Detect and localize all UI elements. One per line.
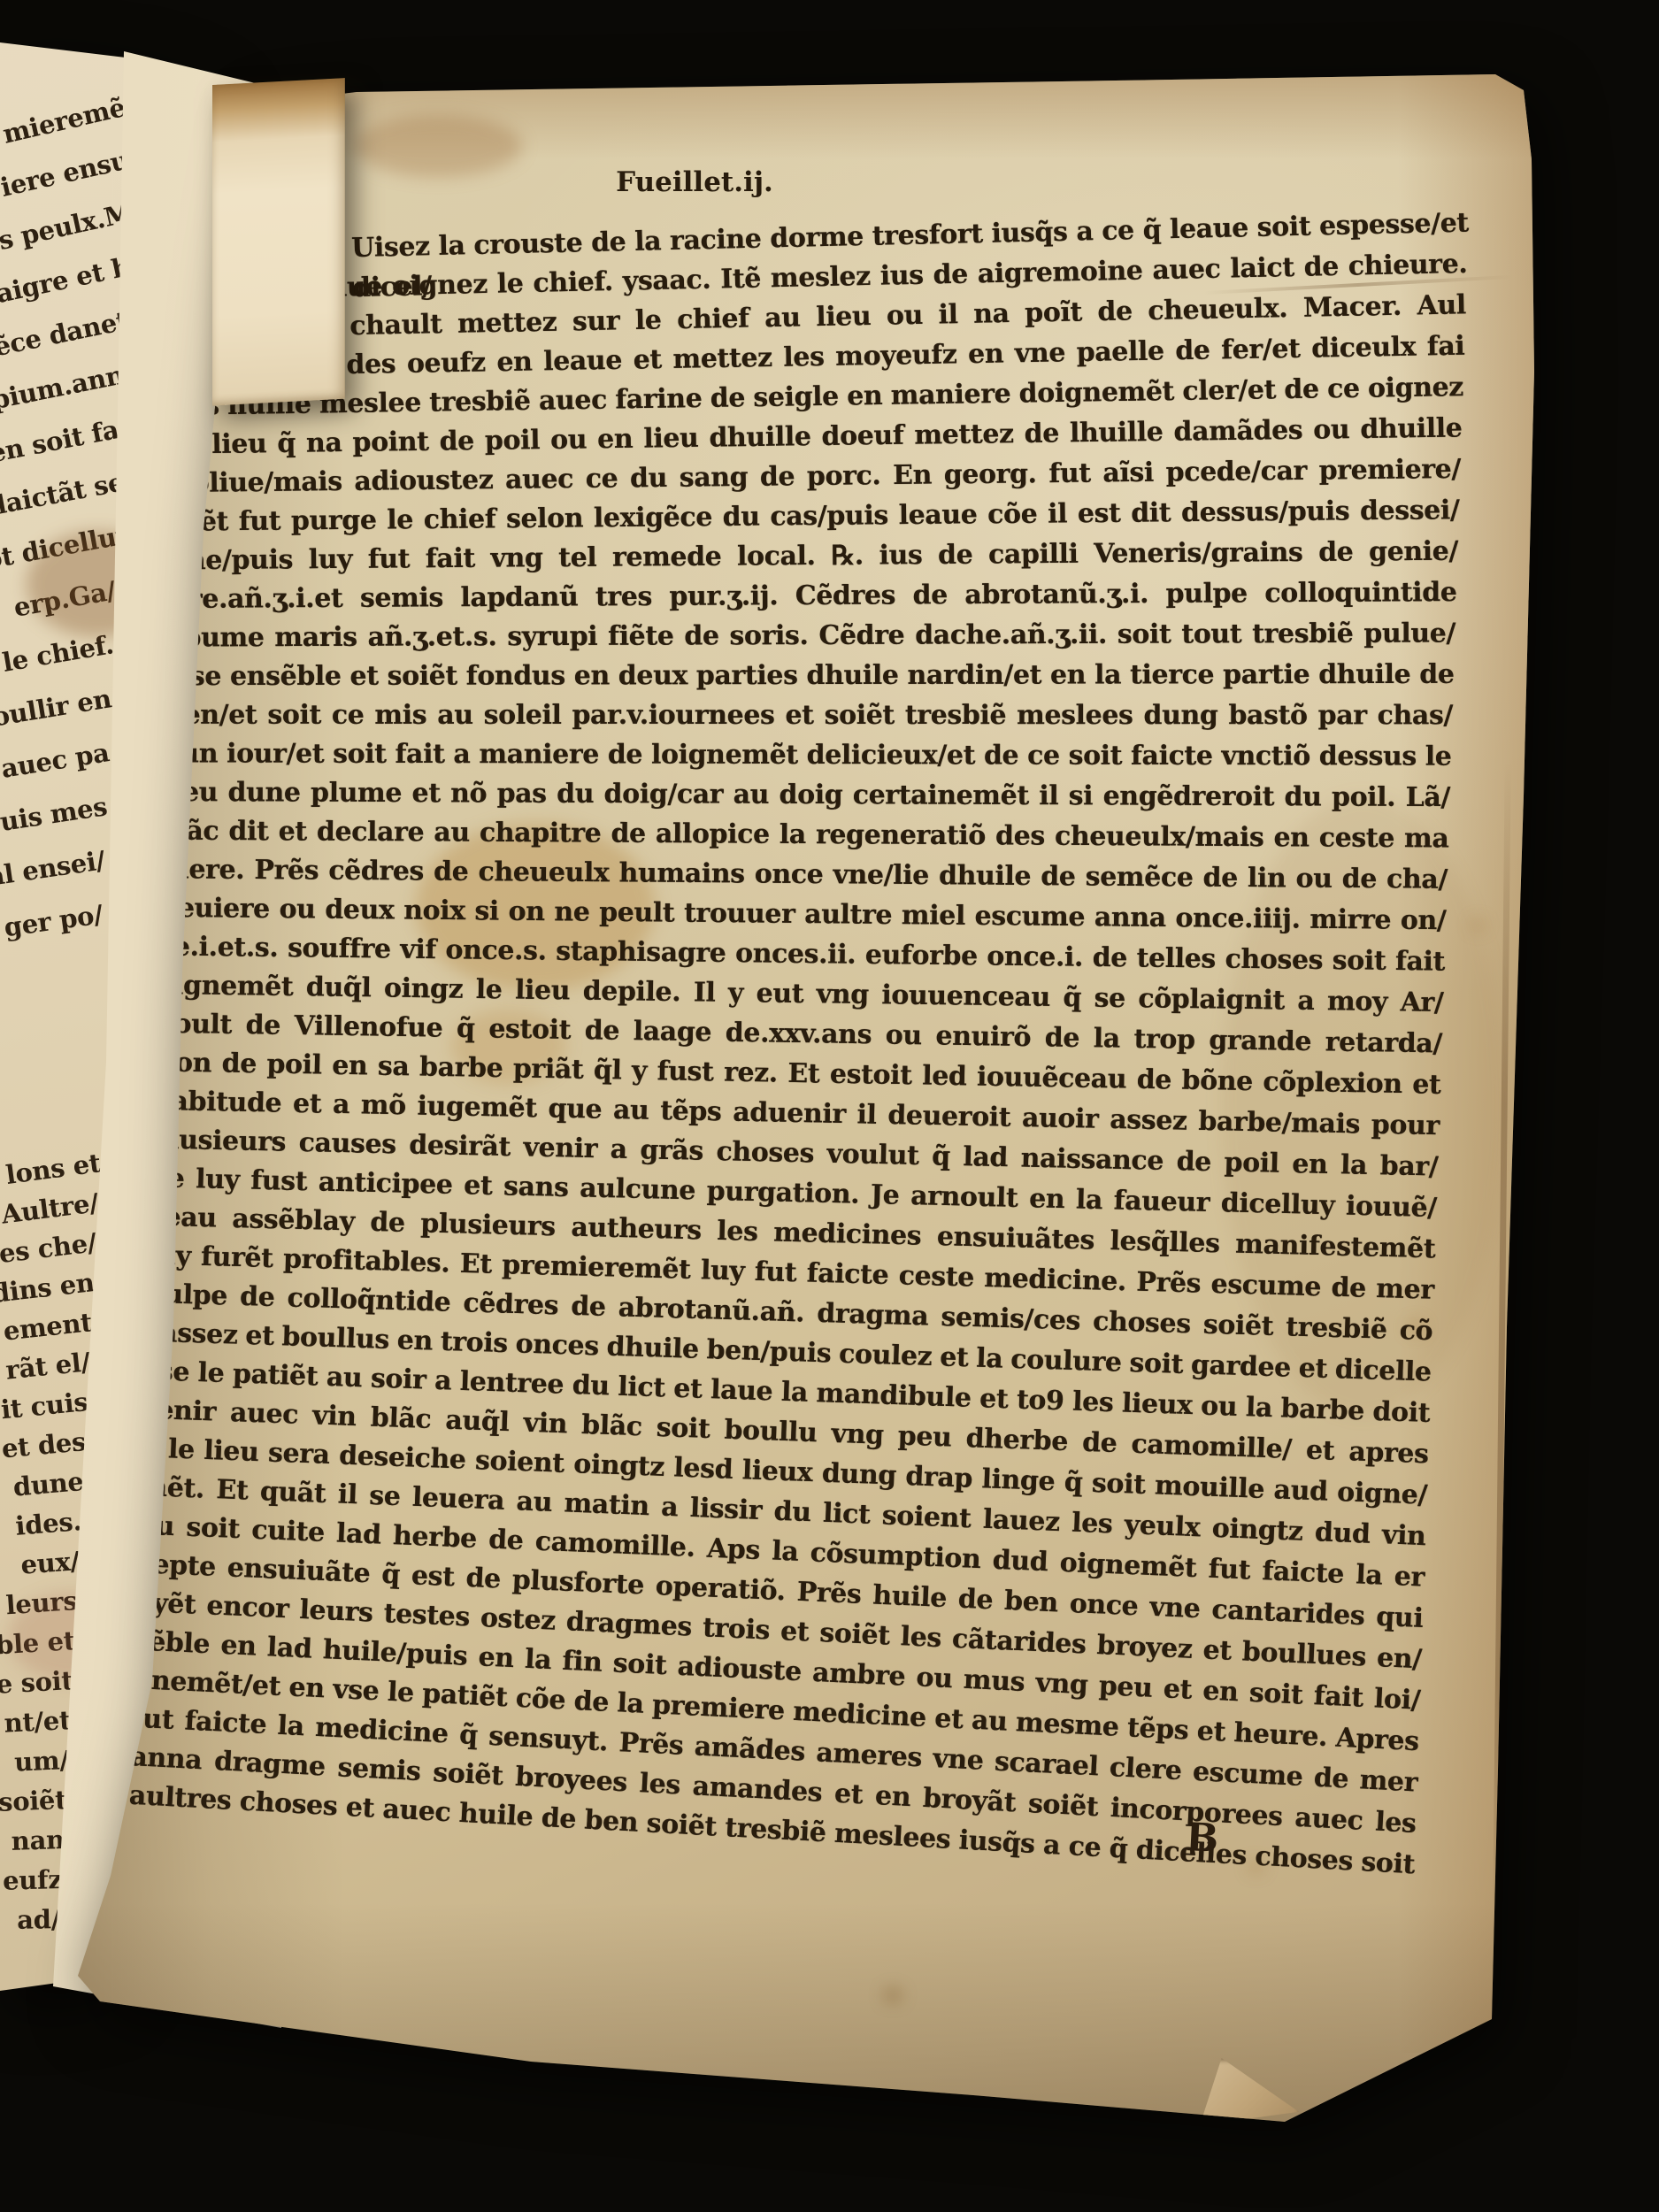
photo-scene: mieremẽt cõ/iere ensuiuans peulx.Ma/aigr… — [0, 0, 1659, 2212]
bookmark-shadow — [0, 0, 1659, 2212]
bookmark-strip — [212, 78, 345, 405]
